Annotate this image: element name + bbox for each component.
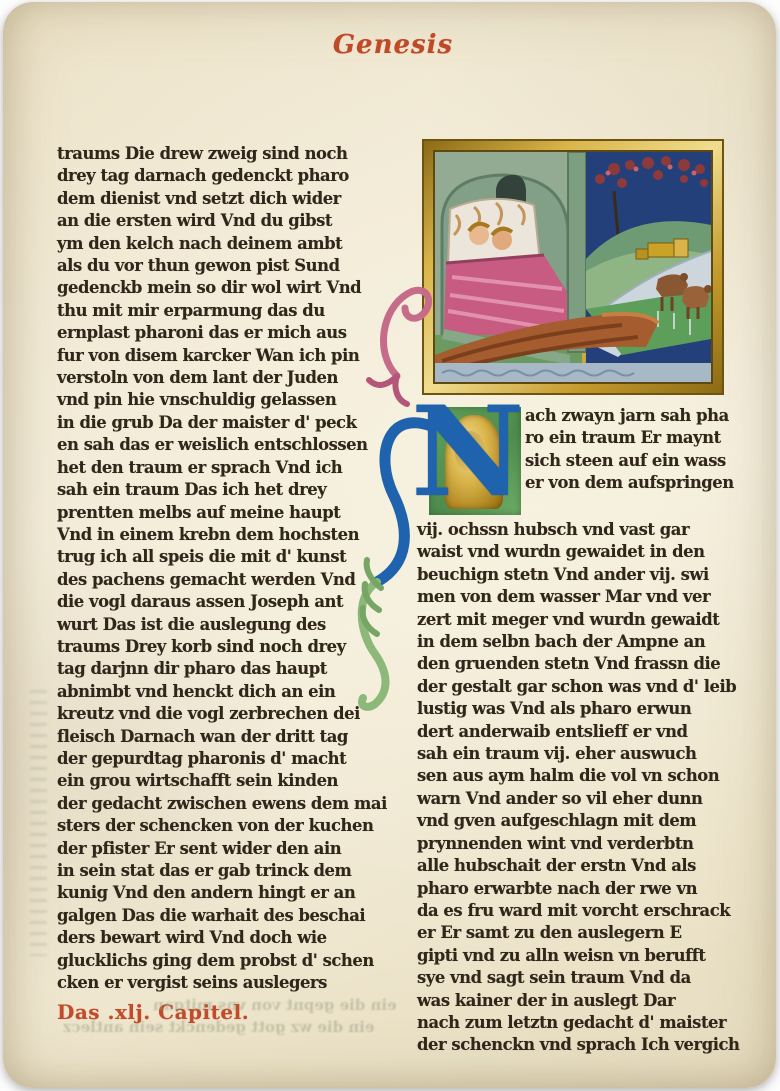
text-line: ein grou wirtschafft sein kinden (57, 770, 371, 792)
text-line: des pachens gemacht werden Vnd (57, 569, 371, 591)
initial-adjacent-lines: ach zwayn jarn sah pharo ein traum Er ma… (521, 405, 734, 495)
text-line: Vnd in einem krebn dem hochsten (57, 524, 371, 546)
text-line: dem dienist vnd setzt dich wider (57, 188, 371, 210)
text-line: fleisch Darnach wan der dritt tag (57, 726, 371, 748)
text-line: prynnenden wint vnd verderbtn (417, 833, 733, 855)
show-through-text: ein die wz gott gedenckt sein antlecz (63, 1018, 374, 1036)
text-line: der schenckn vnd sprach Ich vergich (417, 1034, 733, 1056)
text-line: het den traum er sprach Vnd ich (57, 457, 371, 479)
show-through-marks (30, 690, 47, 956)
text-line: nach zum letztn gedacht d' maister (417, 1012, 733, 1034)
text-line: sich steen auf ein wass (525, 450, 734, 472)
text-line: traums Drey korb sind noch drey (57, 636, 371, 658)
text-line: zert mit meger vnd wurdn gewaidt (417, 609, 733, 631)
text-line: ro ein traum Er maynt (525, 427, 734, 449)
text-line: abnimbt vnd henckt dich an ein (57, 681, 371, 703)
text-line: als du vor thun gewon pist Sund (57, 255, 371, 277)
running-header-genesis: Genesis (3, 30, 780, 60)
text-line: pharo erwarbte nach der rwe vn (417, 878, 733, 900)
illuminated-initial-N: N (417, 405, 521, 519)
text-line: verstoln von dem lant der Juden (57, 367, 371, 389)
text-line: alle hubschait der erstn Vnd als (417, 855, 733, 877)
text-line: trug ich all speis die mit d' kunst (57, 546, 371, 568)
text-line: ernplast pharoni das er mich aus (57, 322, 371, 344)
text-line: tag darjnn dir pharo das haupt (57, 658, 371, 680)
text-line: der pfister Er sent wider den ain (57, 838, 371, 860)
text-line: ym den kelch nach deinem ambt (57, 233, 371, 255)
text-line: der gepurdtag pharonis d' macht (57, 748, 371, 770)
text-line: waist vnd wurdn gewaidet in den (417, 541, 733, 563)
text-line: kreutz vnd die vogl zerbrechen dei (57, 703, 371, 725)
right-text-column: N ach zwayn jarn sah pharo ein traum Er … (417, 405, 733, 1057)
text-line: sye vnd sagt sein traum Vnd da (417, 967, 733, 989)
text-line: ach zwayn jarn sah pha (525, 405, 734, 427)
text-line: der gedacht zwischen ewens dem mai (57, 793, 371, 815)
right-column-body: vij. ochssn hubsch vnd vast garwaist vnd… (417, 519, 733, 1057)
text-line: fur von disem karcker Wan ich pin (57, 345, 371, 367)
text-line: traums Die drew zweig sind noch (57, 143, 371, 165)
text-line: an die ersten wird Vnd du gibst (57, 210, 371, 232)
text-line: die vogl daraus assen Joseph ant (57, 591, 371, 613)
text-line: dert anderwaib entslieff er vnd (417, 721, 733, 743)
pink-scroll (384, 290, 429, 376)
text-line: ders bewart wird Vnd doch wie (57, 927, 371, 949)
text-line: thu mit mir erparmung das du (57, 300, 371, 322)
text-line: in sein stat das er gab trinck dem (57, 860, 371, 882)
text-line: en sah das er weislich entschlossen (57, 434, 371, 456)
text-line: kunig Vnd den andern hingt er an (57, 882, 371, 904)
text-line: in die grub Da der maister d' peck (57, 412, 371, 434)
text-line: vnd pin hie vnschuldig gelassen (57, 389, 371, 411)
text-line: sah ein traum Das ich het drey (57, 479, 371, 501)
text-line: warn Vnd ander so vil eher dunn (417, 788, 733, 810)
miniature-illustration (422, 139, 724, 395)
text-line: was kainer der in auslegt Dar (417, 990, 733, 1012)
text-line: cken er vergist seins auslegers (57, 972, 371, 994)
text-line: sters der schencken von der kuchen (57, 815, 371, 837)
text-line: da es fru ward mit vorcht erschrack (417, 900, 733, 922)
green-leaf-flourish (362, 582, 386, 707)
text-line: galgen Das die warhait des beschai (57, 905, 371, 927)
initial-letter: N (411, 391, 524, 515)
left-text-column: traums Die drew zweig sind nochdrey tag … (57, 143, 371, 994)
text-line: er von dem aufspringen (525, 472, 734, 494)
text-line: wurt Das ist die auslegung des (57, 614, 371, 636)
text-line: in dem selbn bach der Ampne an (417, 631, 733, 653)
text-line: prentten melbs auf meine haupt (57, 502, 371, 524)
text-line: sah ein traum vij. eher auswuch (417, 743, 733, 765)
text-line: den gruenden stetn Vnd frassn die (417, 653, 733, 675)
text-line: drey tag darnach gedenckt pharo (57, 165, 371, 187)
text-line: sen aus aym halm die vol vn schon (417, 765, 733, 787)
show-through-text: ein die gepnt von vns mitgan (153, 996, 397, 1014)
text-line: gipti vnd zu alln weisn vn berufft (417, 945, 733, 967)
text-line: er Er samt zu den auslegern E (417, 922, 733, 944)
manuscript-photo: Genesis traums Die drew zweig sind nochd… (0, 0, 780, 1091)
text-line: gedenckb mein so dir wol wirt Vnd (57, 277, 371, 299)
text-line: lustig was Vnd als pharo erwun (417, 698, 733, 720)
miniature-pharaohs-dream (422, 139, 724, 395)
text-line: glucklichs ging dem probst d' schen (57, 950, 371, 972)
parchment-page: Genesis traums Die drew zweig sind nochd… (3, 2, 776, 1088)
text-line: beuchign stetn Vnd ander vij. swi (417, 564, 733, 586)
text-line: der gestalt gar schon was vnd d' leib (417, 676, 733, 698)
text-line: men von dem wasser Mar vnd ver (417, 586, 733, 608)
text-line: vnd gven aufgeschlagn mit dem (417, 810, 733, 832)
